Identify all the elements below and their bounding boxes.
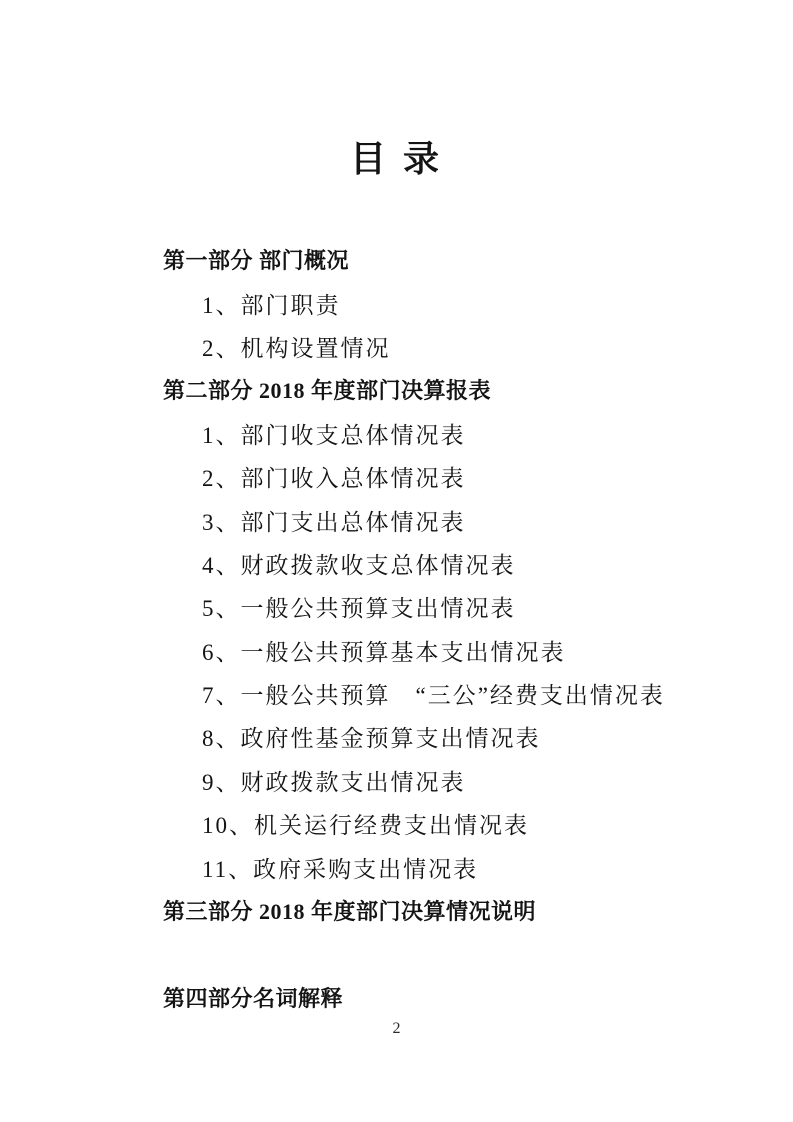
toc-item: 2、部门收入总体情况表 [163, 455, 743, 498]
toc-section-heading: 第二部分 2018 年度部门决算报表 [163, 368, 743, 411]
toc-section-heading: 第四部分名词解释 [163, 976, 743, 1019]
document-page: 目 录 第一部分 部门概况 1、部门职责 2、机构设置情况 第二部分 2018 … [0, 0, 793, 1122]
toc-item: 6、一般公共预算基本支出情况表 [163, 629, 743, 672]
toc-item: 10、机关运行经费支出情况表 [163, 802, 743, 845]
toc-section-heading: 第一部分 部门概况 [163, 238, 743, 281]
toc-item: 5、一般公共预算支出情况表 [163, 585, 743, 628]
toc-item: 1、部门职责 [163, 281, 743, 324]
toc-item: 2、机构设置情况 [163, 325, 743, 368]
toc-item: 4、财政拨款收支总体情况表 [163, 542, 743, 585]
table-of-contents: 第一部分 部门概况 1、部门职责 2、机构设置情况 第二部分 2018 年度部门… [163, 238, 743, 1019]
toc-item: 9、财政拨款支出情况表 [163, 759, 743, 802]
toc-gap [163, 932, 743, 975]
page-title: 目 录 [0, 140, 793, 180]
toc-section-heading: 第三部分 2018 年度部门决算情况说明 [163, 889, 743, 932]
toc-item: 8、政府性基金预算支出情况表 [163, 715, 743, 758]
toc-item: 3、部门支出总体情况表 [163, 498, 743, 541]
toc-item: 1、部门收支总体情况表 [163, 412, 743, 455]
toc-item: 11、政府采购支出情况表 [163, 845, 743, 888]
page-number: 2 [0, 1020, 793, 1038]
toc-item: 7、一般公共预算 “三公”经费支出情况表 [163, 672, 743, 715]
